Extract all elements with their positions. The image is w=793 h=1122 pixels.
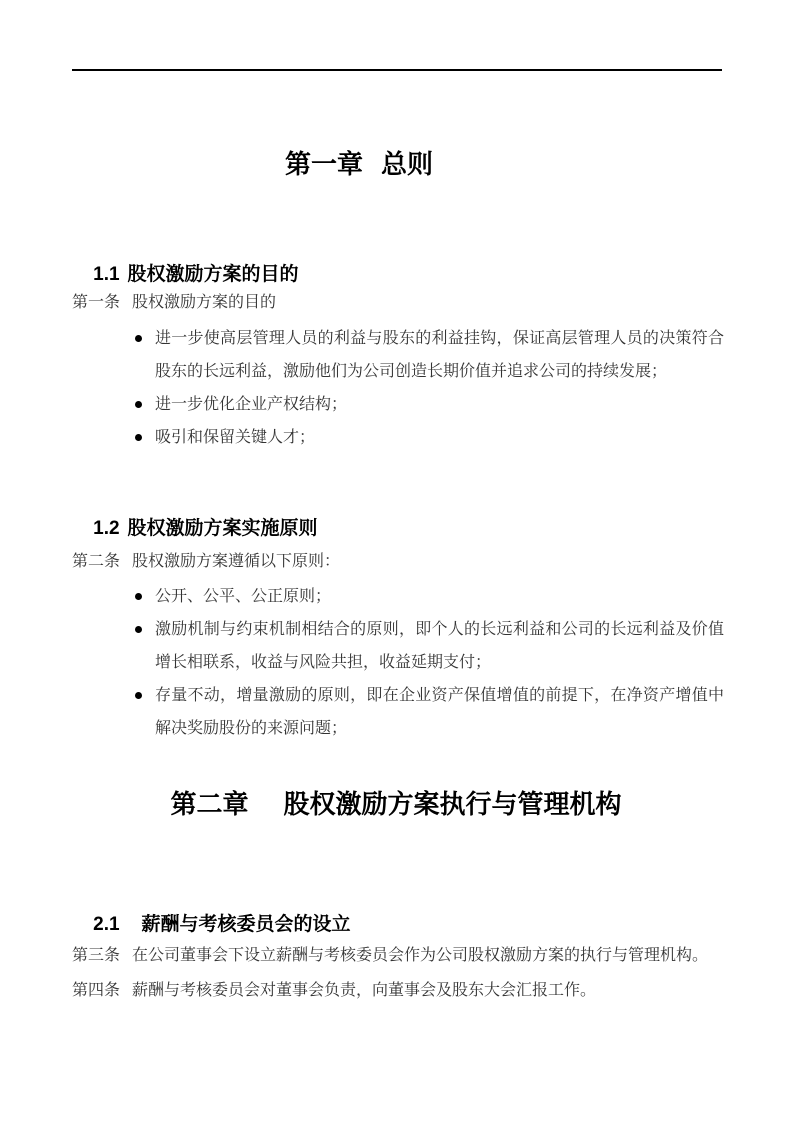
- bullet-text: 吸引和保留关键人才；: [155, 429, 315, 446]
- bullet-dot-icon: [135, 434, 142, 441]
- article-3-line: 第三条在公司董事会下设立薪酬与考核委员会作为公司股权激励方案的执行与管理机构。: [72, 945, 722, 966]
- chapter-1-title: 第一章 总则: [0, 148, 718, 182]
- article-4-label: 第四条: [72, 982, 120, 999]
- article-4-line: 第四条薪酬与考核委员会对董事会负责，向董事会及股东大会汇报工作。: [72, 980, 722, 1001]
- article-4-text: 薪酬与考核委员会对董事会负责，向董事会及股东大会汇报工作。: [132, 982, 596, 999]
- bullet-dot-icon: [135, 692, 142, 699]
- bullet-text: 进一步优化企业产权结构；: [155, 396, 347, 413]
- article-3-label: 第三条: [72, 947, 120, 964]
- section-1-2-heading-text: 股权激励方案实施原则: [128, 518, 318, 539]
- document-page: 第一章 总则 1.1股权激励方案的目的 第一条股权激励方案的目的 进一步使高层管…: [0, 0, 793, 1122]
- bullet-text: 进一步使高层管理人员的利益与股东的利益挂钩，保证高层管理人员的决策符合股东的长远…: [155, 330, 724, 380]
- bullet-dot-icon: [135, 401, 142, 408]
- bullet-dot-icon: [135, 626, 142, 633]
- bullet-item: 吸引和保留关键人才；: [128, 421, 724, 454]
- bullet-text: 公开、公平、公正原则；: [155, 588, 331, 605]
- article-2-text: 股权激励方案遵循以下原则：: [132, 553, 340, 570]
- bullet-text: 存量不动，增量激励的原则，即在企业资产保值增值的前提下，在净资产增值中解决奖励股…: [155, 687, 724, 737]
- header-divider-rule: [72, 69, 722, 71]
- bullet-item: 进一步使高层管理人员的利益与股东的利益挂钩，保证高层管理人员的决策符合股东的长远…: [128, 322, 724, 388]
- bullet-dot-icon: [135, 335, 142, 342]
- article-1-bullet-list: 进一步使高层管理人员的利益与股东的利益挂钩，保证高层管理人员的决策符合股东的长远…: [128, 322, 724, 454]
- bullet-dot-icon: [135, 593, 142, 600]
- chapter-2-title: 第二章 股权激励方案执行与管理机构: [36, 788, 756, 822]
- section-1-2-number: 1.2: [93, 518, 119, 539]
- article-2-line: 第二条股权激励方案遵循以下原则：: [72, 551, 722, 572]
- article-1-label: 第一条: [72, 294, 120, 311]
- bullet-item: 激励机制与约束机制相结合的原则，即个人的长远利益和公司的长远利益及价值增长相联系…: [128, 613, 724, 679]
- section-2-1-number: 2.1: [93, 914, 119, 935]
- section-1-1-number: 1.1: [93, 264, 119, 285]
- section-1-1-heading-text: 股权激励方案的目的: [128, 264, 299, 285]
- bullet-item: 进一步优化企业产权结构；: [128, 388, 724, 421]
- section-2-1-heading-text: 薪酬与考核委员会的设立: [142, 914, 351, 935]
- article-2-label: 第二条: [72, 553, 120, 570]
- bullet-item: 公开、公平、公正原则；: [128, 580, 724, 613]
- bullet-text: 激励机制与约束机制相结合的原则，即个人的长远利益和公司的长远利益及价值增长相联系…: [155, 621, 724, 671]
- article-3-text: 在公司董事会下设立薪酬与考核委员会作为公司股权激励方案的执行与管理机构。: [132, 947, 708, 964]
- article-1-text: 股权激励方案的目的: [132, 294, 276, 311]
- article-1-line: 第一条股权激励方案的目的: [72, 292, 722, 313]
- article-2-bullet-list: 公开、公平、公正原则； 激励机制与约束机制相结合的原则，即个人的长远利益和公司的…: [128, 580, 724, 745]
- bullet-item: 存量不动，增量激励的原则，即在企业资产保值增值的前提下，在净资产增值中解决奖励股…: [128, 679, 724, 745]
